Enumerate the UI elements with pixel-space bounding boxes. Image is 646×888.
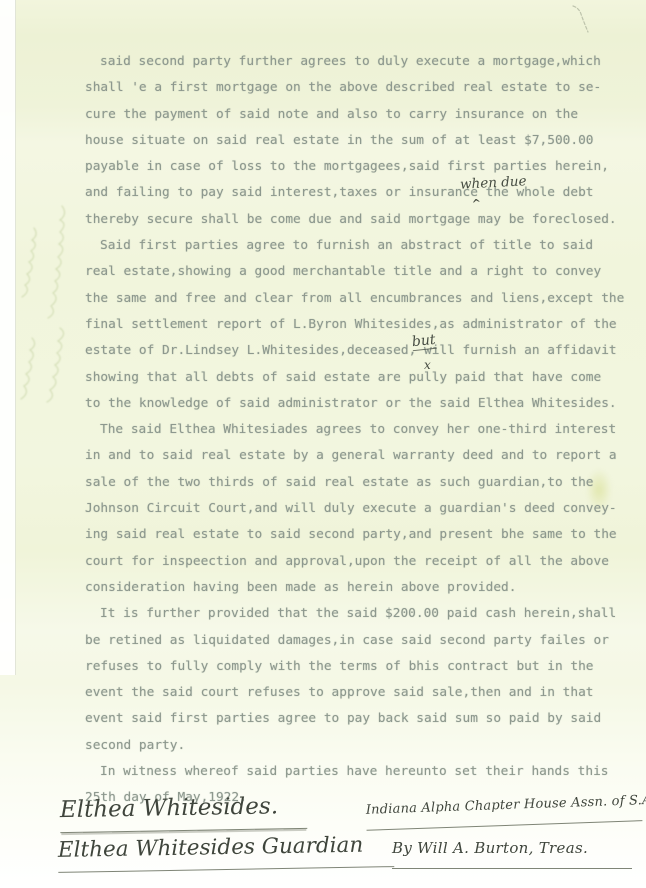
typed-line: event the said court refuses to approve … (85, 680, 637, 706)
signature-elthea-whitesides: Elthea Whitesides. (60, 793, 308, 833)
typed-line: final settlement report of L.Byron White… (85, 312, 637, 338)
typed-line: be retined as liquidated damages,in case… (85, 628, 637, 654)
typed-line: estate of Dr.Lindsey L.Whitesides,deceas… (85, 338, 637, 364)
signature-will-a-burton-treas: By Will A. Burton, Treas. (392, 839, 632, 869)
typed-line: house situate on said real estate in the… (85, 128, 637, 154)
typed-line: Said first parties agree to furnish an a… (85, 233, 637, 259)
typed-line: second party. (85, 733, 637, 759)
typed-line: and failing to pay said interest,taxes o… (85, 180, 637, 206)
typed-line: showing that all debts of said estate ar… (85, 365, 637, 391)
typed-line: real estate,showing a good merchantable … (85, 259, 637, 285)
typed-line: ing said real estate to said second part… (85, 522, 637, 548)
typed-text-block: said second party further agrees to duly… (85, 49, 637, 812)
typed-line: In witness whereof said parties have her… (85, 759, 637, 785)
typed-line: The said Elthea Whitesiades agrees to co… (85, 417, 637, 443)
typed-line: Johnson Circuit Court,and will duly exec… (85, 496, 637, 522)
typed-line: payable in case of loss to the mortgagee… (85, 154, 637, 180)
typed-line: It is further provided that the said $20… (85, 601, 637, 627)
signature-elthea-whitesides-guardian: Elthea Whitesides Guardian (58, 832, 395, 873)
typed-line: consideration having been made as herein… (85, 575, 637, 601)
typed-line: refuses to fully comply with the terms o… (85, 654, 637, 680)
typed-line: said second party further agrees to duly… (85, 49, 637, 75)
caret-mark: ^ (471, 196, 482, 210)
typed-line: the same and free and clear from all enc… (85, 286, 637, 312)
typed-line: sale of the two thirds of said real esta… (85, 470, 637, 496)
typed-line: in and to said real estate by a general … (85, 443, 637, 469)
typed-line: event said first parties agree to pay ba… (85, 706, 637, 732)
typed-line: to the knowledge of said administrator o… (85, 391, 637, 417)
typed-line: court for inspeection and approval,upon … (85, 549, 637, 575)
handwritten-insertion-but: but (411, 332, 436, 351)
typed-line: shall 'e a first mortgage on the above d… (85, 75, 637, 101)
typed-line: thereby secure shall be come due and sai… (85, 207, 637, 233)
margin-bleedthrough-handwriting (16, 198, 80, 458)
scanned-document-page: said second party further agrees to duly… (0, 0, 646, 888)
scan-edge-strip (0, 0, 16, 675)
pencil-mark (563, 2, 595, 36)
typed-line: cure the payment of said note and also t… (85, 102, 637, 128)
x-caret-mark: x (424, 358, 431, 372)
